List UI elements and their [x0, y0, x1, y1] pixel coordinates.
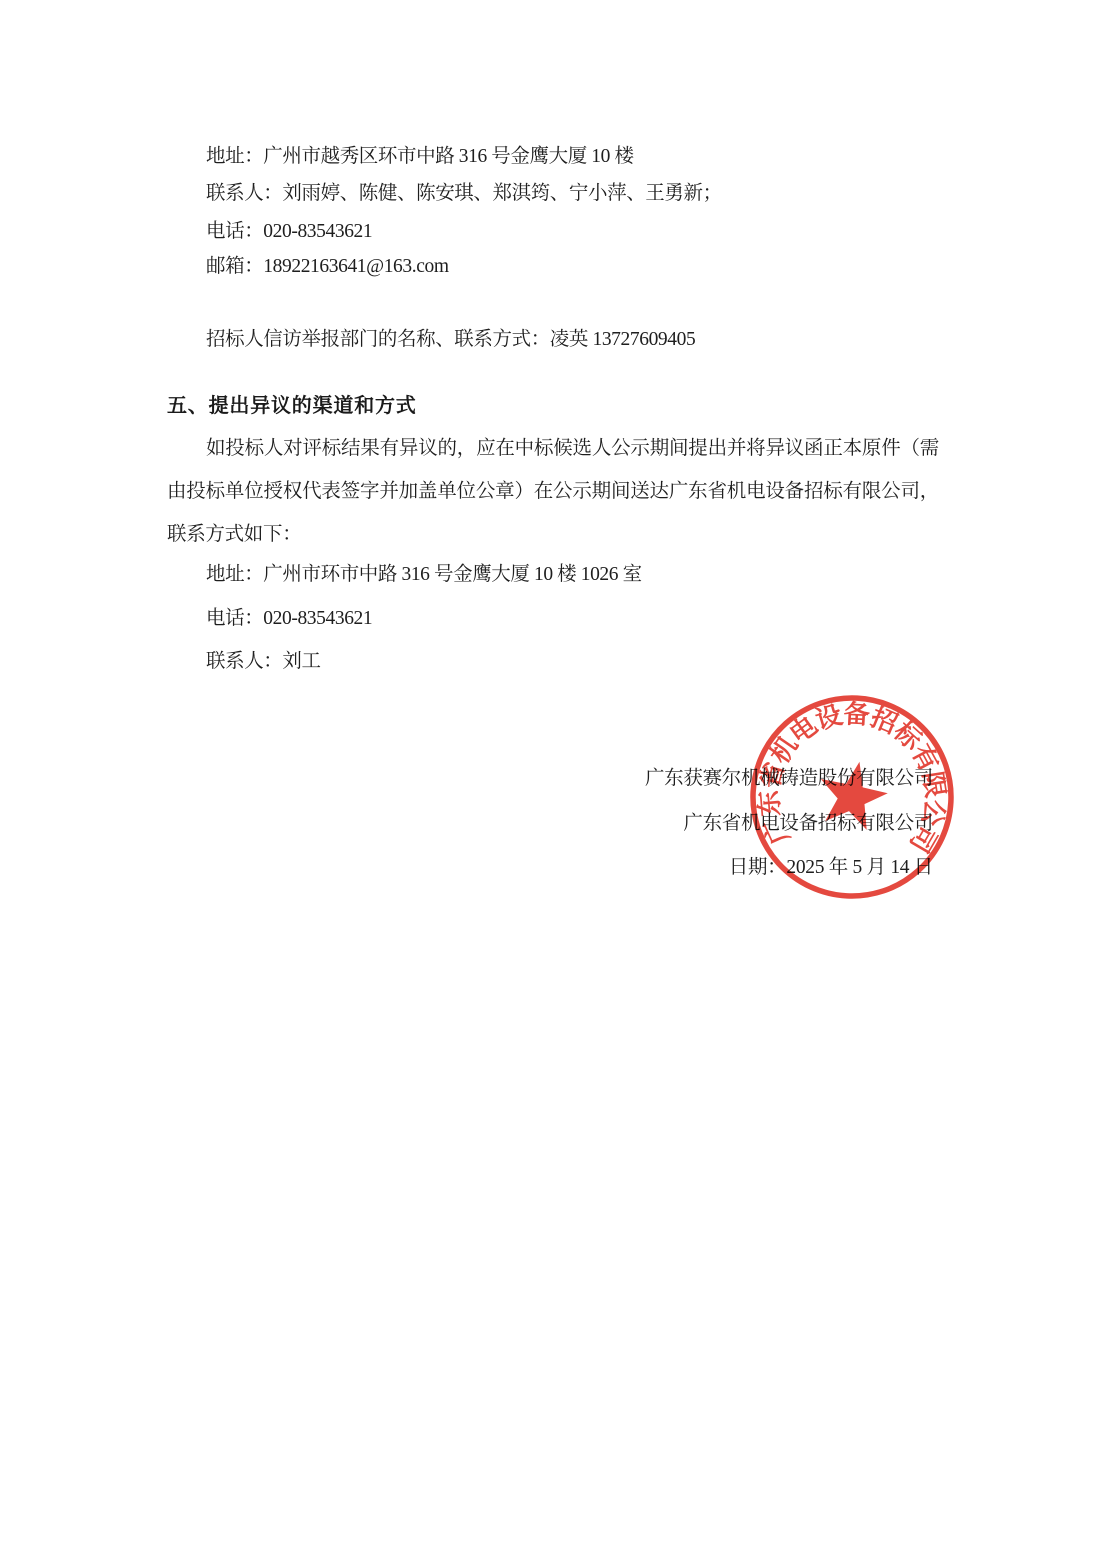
objection-paragraph: 如投标人对评标结果有异议的，应在中标候选人公示期间提出并将异议函正本原件（需由投…: [167, 427, 939, 556]
objection-contact-line: 联系人：刘工: [206, 650, 321, 674]
complaint-contact-line: 招标人信访举报部门的名称、联系方式：凌英 13727609405: [206, 328, 695, 352]
objection-address-line: 地址：广州市环市中路 316 号金鹰大厦 10 楼 1026 室: [206, 563, 642, 587]
bidder-contacts-line: 联系人：刘雨婷、陈健、陈安琪、郑淇筠、宁小萍、王勇新；: [206, 182, 722, 206]
signature-company-1: 广东获赛尔机械铸造股份有限公司: [645, 757, 933, 802]
signature-block: 广东获赛尔机械铸造股份有限公司 广东省机电设备招标有限公司 日期：2025 年 …: [645, 757, 933, 891]
signature-company-2: 广东省机电设备招标有限公司: [645, 802, 933, 847]
document-page: 地址：广州市越秀区环市中路 316 号金鹰大厦 10 楼 联系人：刘雨婷、陈健、…: [0, 0, 1102, 1559]
bidder-phone-line: 电话：020-83543621: [206, 220, 372, 244]
bidder-address-line: 地址：广州市越秀区环市中路 316 号金鹰大厦 10 楼: [206, 145, 634, 169]
signature-date: 日期：2025 年 5 月 14 日: [645, 846, 933, 891]
bidder-email-line: 邮箱：18922163641@163.com: [206, 255, 449, 279]
section-heading: 五、提出异议的渠道和方式: [167, 389, 417, 418]
objection-phone-line: 电话：020-83543621: [206, 607, 372, 631]
